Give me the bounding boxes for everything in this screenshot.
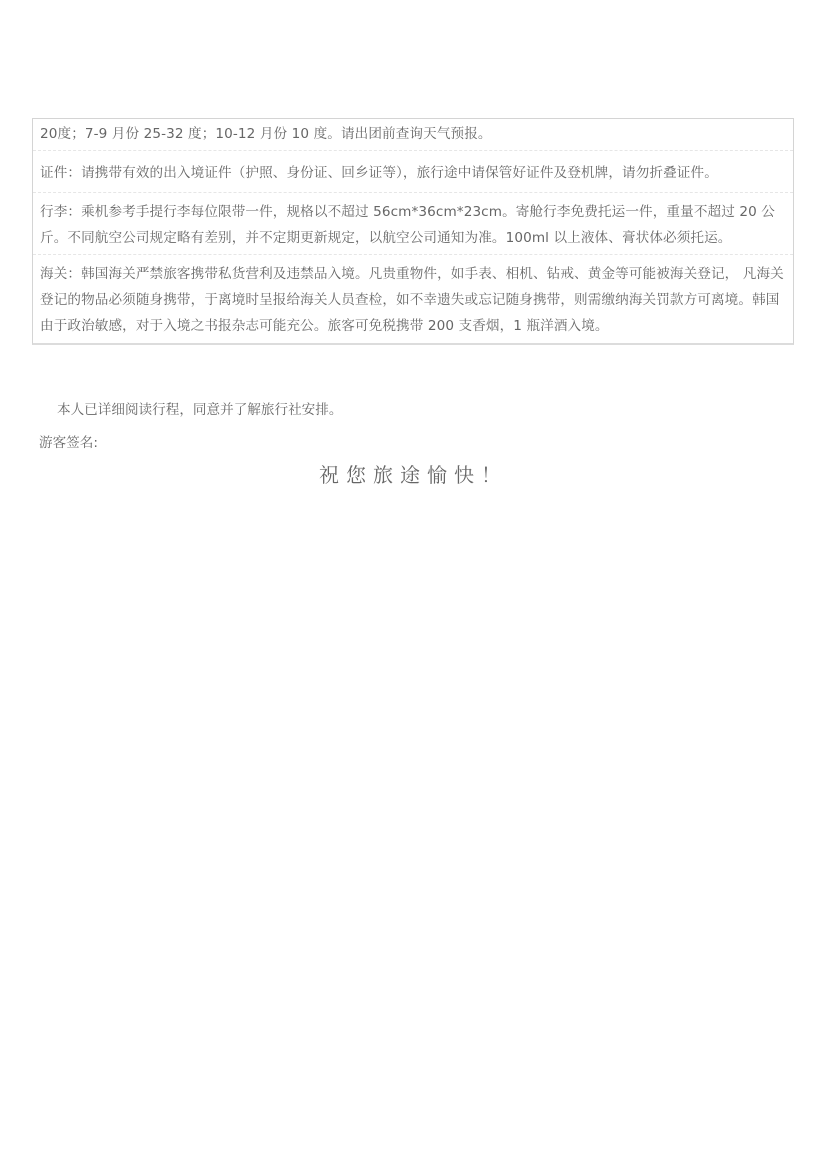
signature-label: 游客签名: bbox=[39, 430, 98, 456]
notice-documents: 证件：请携带有效的出入境证件（护照、身份证、回乡证等），旅行途中请保管好证件及登… bbox=[33, 150, 793, 192]
travel-notice-table: 20度；7-9 月份 25-32 度；10-12 月份 10 度。请出团前查询天… bbox=[32, 118, 794, 345]
farewell-message: 祝您旅途愉快！ bbox=[0, 460, 827, 490]
notice-luggage: 行李：乘机参考手提行李每位限带一件，规格以不超过 56cm*36cm*23cm。… bbox=[33, 192, 793, 254]
agreement-statement: 本人已详细阅读行程，同意并了解旅行社安排。 bbox=[57, 397, 342, 423]
notice-weather: 20度；7-9 月份 25-32 度；10-12 月份 10 度。请出团前查询天… bbox=[33, 119, 793, 150]
notice-customs: 海关：韩国海关严禁旅客携带私货营利及违禁品入境。凡贵重物件，如手表、相机、钻戒、… bbox=[33, 254, 793, 343]
